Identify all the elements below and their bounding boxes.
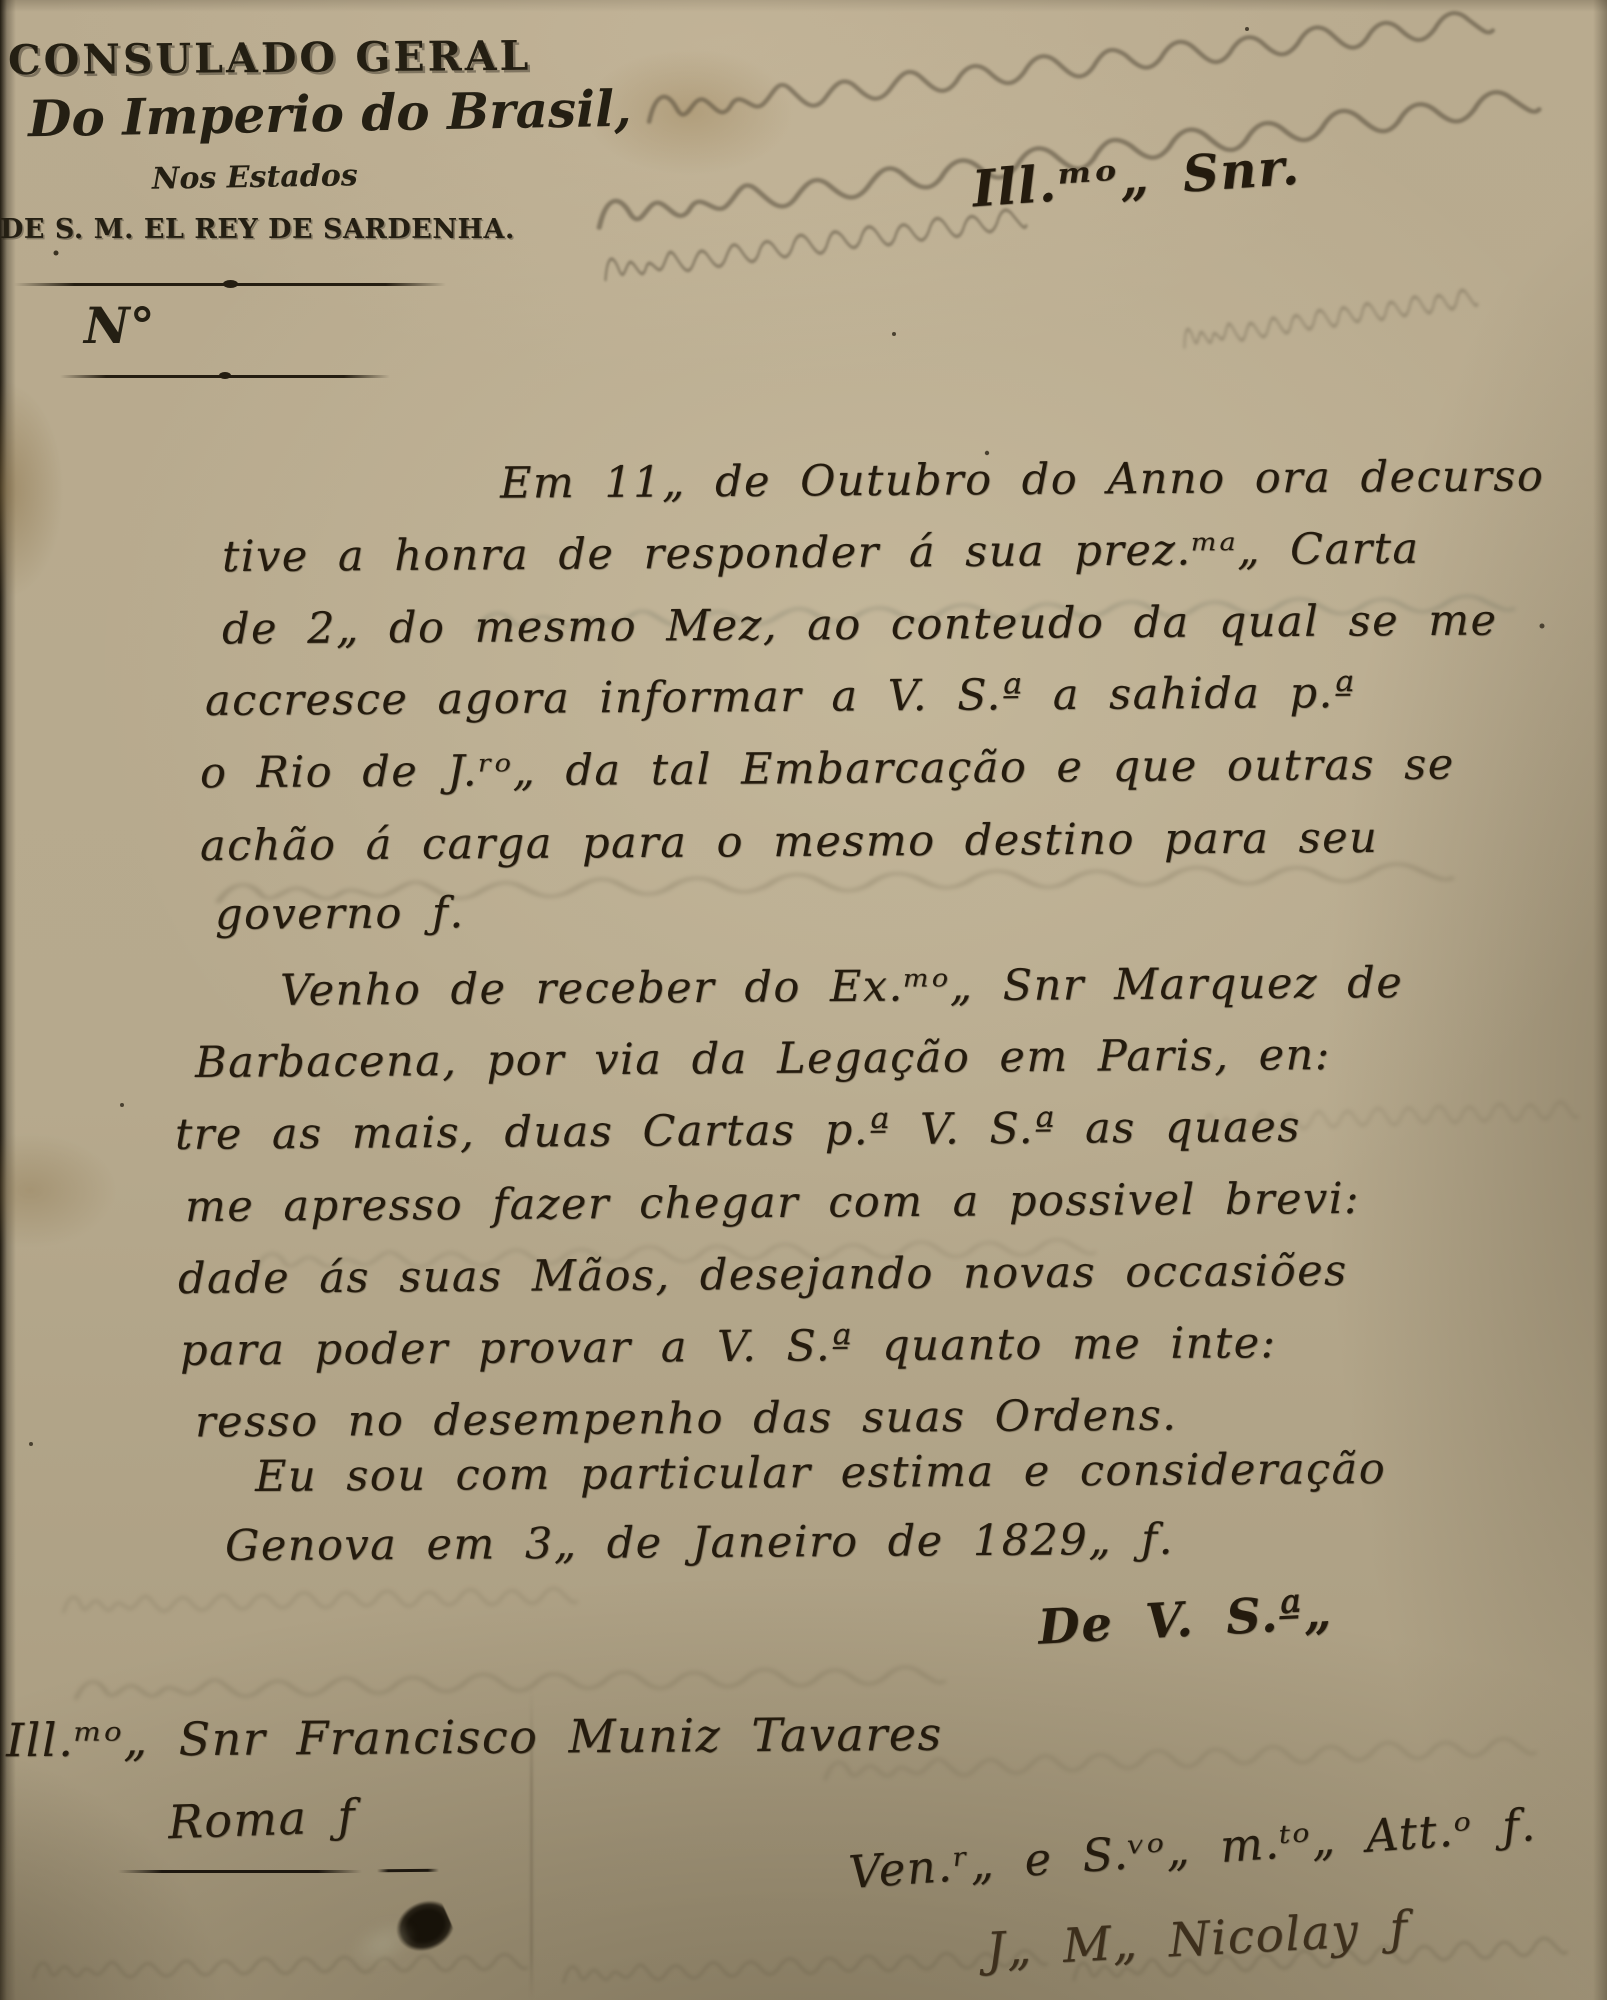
valediction: Ven.ʳ„ e S.ᵛᵒ„ m.ᵗᵒ„ Att.ᵒ ƒ. xyxy=(847,1798,1538,1899)
handwritten-line: accresce agora informar a V. S.ª a sahid… xyxy=(205,668,1356,726)
handwritten-line: o Rio de J.ʳᵒ„ da tal Embarcação e que o… xyxy=(200,740,1455,799)
handwritten-line: achão á carga para o mesmo destino para … xyxy=(200,813,1379,871)
handwritten-line: dade ás suas Mãos, desejando novas occas… xyxy=(178,1246,1348,1304)
addressee-name: Ill.ᵐᵒ„ Snr Francisco Muniz Tavares xyxy=(6,1707,943,1768)
handwritten-line: resso no desempenho das suas Ordens. xyxy=(195,1391,1178,1448)
letterhead-line4: DE S. M. EL REY DE SARDENHA. xyxy=(0,214,515,245)
signature: J„ M„ Nicolay ƒ xyxy=(985,1901,1410,1978)
handwritten-line: Venho de receber do Ex.ᵐᵒ„ Snr Marquez d… xyxy=(280,958,1404,1016)
letterhead-subtitle: Do Imperio do Brasil, xyxy=(28,79,632,149)
handwritten-line: tre as mais, duas Cartas p.ª V. S.ª as q… xyxy=(175,1102,1301,1160)
bleed-through-ink xyxy=(598,186,1033,304)
divider-center-dot xyxy=(223,280,238,288)
handwritten-line: Em 11„ de Outubro do Anno ora decurso xyxy=(500,451,1545,508)
bleed-through-ink xyxy=(638,0,1501,151)
addressee-city: Roma ƒ xyxy=(167,1789,357,1850)
handwritten-line: me apresso fazer chegar com a possivel b… xyxy=(185,1174,1360,1232)
addressee-underline-short xyxy=(377,1869,439,1873)
closing-line: De V. S.ª„ xyxy=(1037,1584,1334,1655)
handwritten-line: governo ƒ. xyxy=(215,888,465,940)
paper-crease xyxy=(530,1690,533,2000)
handwritten-line: Genova em 3„ de Janeiro de 1829„ ƒ. xyxy=(225,1515,1174,1572)
handwritten-line: Barbacena, por via da Legação em Paris, … xyxy=(195,1030,1331,1088)
handwritten-line: tive a honra de responder á sua prez.ᵐᵃ„… xyxy=(222,524,1420,582)
handwritten-line: de 2„ do mesmo Mez, ao conteudo da qual … xyxy=(222,596,1498,655)
divider-center-dot xyxy=(219,372,231,379)
letterhead-line3: Nos Estados xyxy=(152,158,358,197)
bleed-through-ink xyxy=(60,1571,581,1630)
number-label: N° xyxy=(84,296,155,355)
letterhead-divider xyxy=(14,280,446,288)
paper-specks xyxy=(0,0,2,2)
letterhead-title: CONSULADO GERAL xyxy=(8,32,532,85)
addressee-underline xyxy=(118,1870,362,1873)
number-divider xyxy=(60,372,390,380)
manuscript-page: CONSULADO GERAL Do Imperio do Brasil, No… xyxy=(0,0,1607,2000)
bleed-through-ink xyxy=(1177,269,1482,368)
salutation: Ill.ᵐᵒ„ Snr. xyxy=(970,137,1302,219)
handwritten-line: para poder provar a V. S.ª quanto me int… xyxy=(180,1318,1277,1376)
ink-blot xyxy=(389,1894,458,1960)
handwritten-line: Eu sou com particular estima e considera… xyxy=(255,1444,1386,1502)
bleed-through-ink xyxy=(30,1938,531,1997)
bleed-through-ink xyxy=(559,1933,1050,2000)
